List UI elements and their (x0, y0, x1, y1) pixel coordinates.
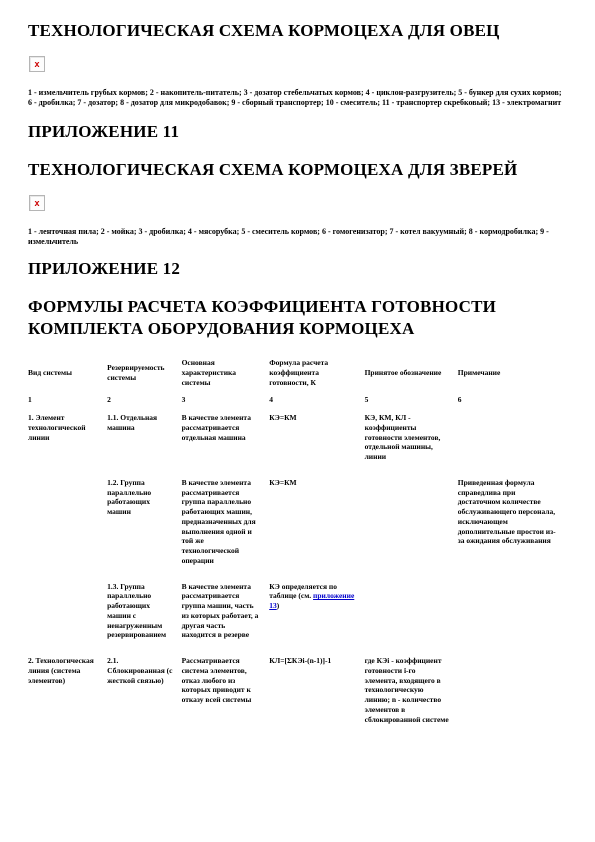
broken-image-x-glyph: x (34, 199, 39, 208)
heading-formulas: ФОРМУЛЫ РАСЧЕТА КОЭФФИЦИЕНТА ГОТОВНОСТИ … (28, 296, 508, 340)
cell-notation (365, 478, 458, 582)
cell-note (458, 413, 565, 478)
column-number: 5 (365, 395, 458, 413)
cell-formula: КЭ=КМ (269, 478, 364, 582)
col-header-formula: Формула расчета коэффициента готовности,… (269, 358, 364, 395)
col-header-note: Примечание (458, 358, 565, 395)
cell-formula: КЛ=[ΣКЭi-(n-1)]-1 (269, 656, 364, 740)
table-row: 1. Элемент технологической линии 1.1. От… (28, 413, 565, 478)
formula-text-after-link: ) (277, 601, 280, 610)
column-number-row: 1 2 3 4 5 6 (28, 395, 565, 413)
heading-appendix-11: ПРИЛОЖЕНИЕ 11 (28, 121, 565, 143)
column-number: 3 (182, 395, 270, 413)
table-row: 1.3. Группа параллельно работающих машин… (28, 582, 565, 657)
column-number: 2 (107, 395, 181, 413)
document-page: ТЕХНОЛОГИЧЕСКАЯ СХЕМА КОРМОЦЕХА ДЛЯ ОВЕЦ… (0, 0, 595, 740)
column-number: 4 (269, 395, 364, 413)
column-number: 1 (28, 395, 107, 413)
col-header-system-type: Вид системы (28, 358, 107, 395)
cell-redundancy: 2.1. Сблокированная (с жесткой связью) (107, 656, 181, 740)
table-header-row: Вид системы Резервируемость системы Осно… (28, 358, 565, 395)
table-row: 2. Технологическая линия (система элемен… (28, 656, 565, 740)
cell-notation: КЭ, КМ, КЛ - коэффициенты готовности эле… (365, 413, 458, 478)
broken-image-x-glyph: x (34, 60, 39, 69)
broken-image-icon: x (29, 56, 45, 72)
cell-formula: КЭ=КМ (269, 413, 364, 478)
cell-redundancy: 1.3. Группа параллельно работающих машин… (107, 582, 181, 657)
figure-caption-fur-animals: 1 - ленточная пила; 2 - мойка; 3 - дроби… (28, 227, 565, 248)
cell-note: Приведенная формула справедлива при дост… (458, 478, 565, 582)
cell-note (458, 582, 565, 657)
availability-formulas-table: Вид системы Резервируемость системы Осно… (28, 358, 565, 740)
cell-system-type: 2. Технологическая линия (система элемен… (28, 656, 107, 740)
figure-caption-sheep: 1 - измельчитель грубых кормов; 2 - нако… (28, 88, 565, 109)
cell-notation: где КЭi - коэффициент готовности i-го эл… (365, 656, 458, 740)
cell-characteristic: В качестве элемента рассматривается груп… (182, 478, 270, 582)
cell-characteristic: Рассматривается система элементов, отказ… (182, 656, 270, 740)
col-header-main-characteristic: Основная характеристика системы (182, 358, 270, 395)
heading-sheep-scheme: ТЕХНОЛОГИЧЕСКАЯ СХЕМА КОРМОЦЕХА ДЛЯ ОВЕЦ (28, 20, 565, 42)
cell-notation (365, 582, 458, 657)
cell-formula: КЭ определяется по таблице (см. приложен… (269, 582, 364, 657)
col-header-notation: Принятое обозначение (365, 358, 458, 395)
heading-appendix-12: ПРИЛОЖЕНИЕ 12 (28, 258, 565, 280)
cell-redundancy: 1.2. Группа параллельно работающих машин (107, 478, 181, 582)
cell-system-type: 1. Элемент технологической линии (28, 413, 107, 478)
cell-system-type (28, 478, 107, 582)
cell-characteristic: В качестве элемента рассматривается отде… (182, 413, 270, 478)
table-row: 1.2. Группа параллельно работающих машин… (28, 478, 565, 582)
column-number: 6 (458, 395, 565, 413)
cell-system-type (28, 582, 107, 657)
cell-note (458, 656, 565, 740)
broken-image-icon: x (29, 195, 45, 211)
cell-characteristic: В качестве элемента рассматривается груп… (182, 582, 270, 657)
heading-fur-animals-scheme: ТЕХНОЛОГИЧЕСКАЯ СХЕМА КОРМОЦЕХА ДЛЯ ЗВЕР… (28, 159, 565, 181)
col-header-redundancy: Резервируемость системы (107, 358, 181, 395)
cell-redundancy: 1.1. Отдельная машина (107, 413, 181, 478)
